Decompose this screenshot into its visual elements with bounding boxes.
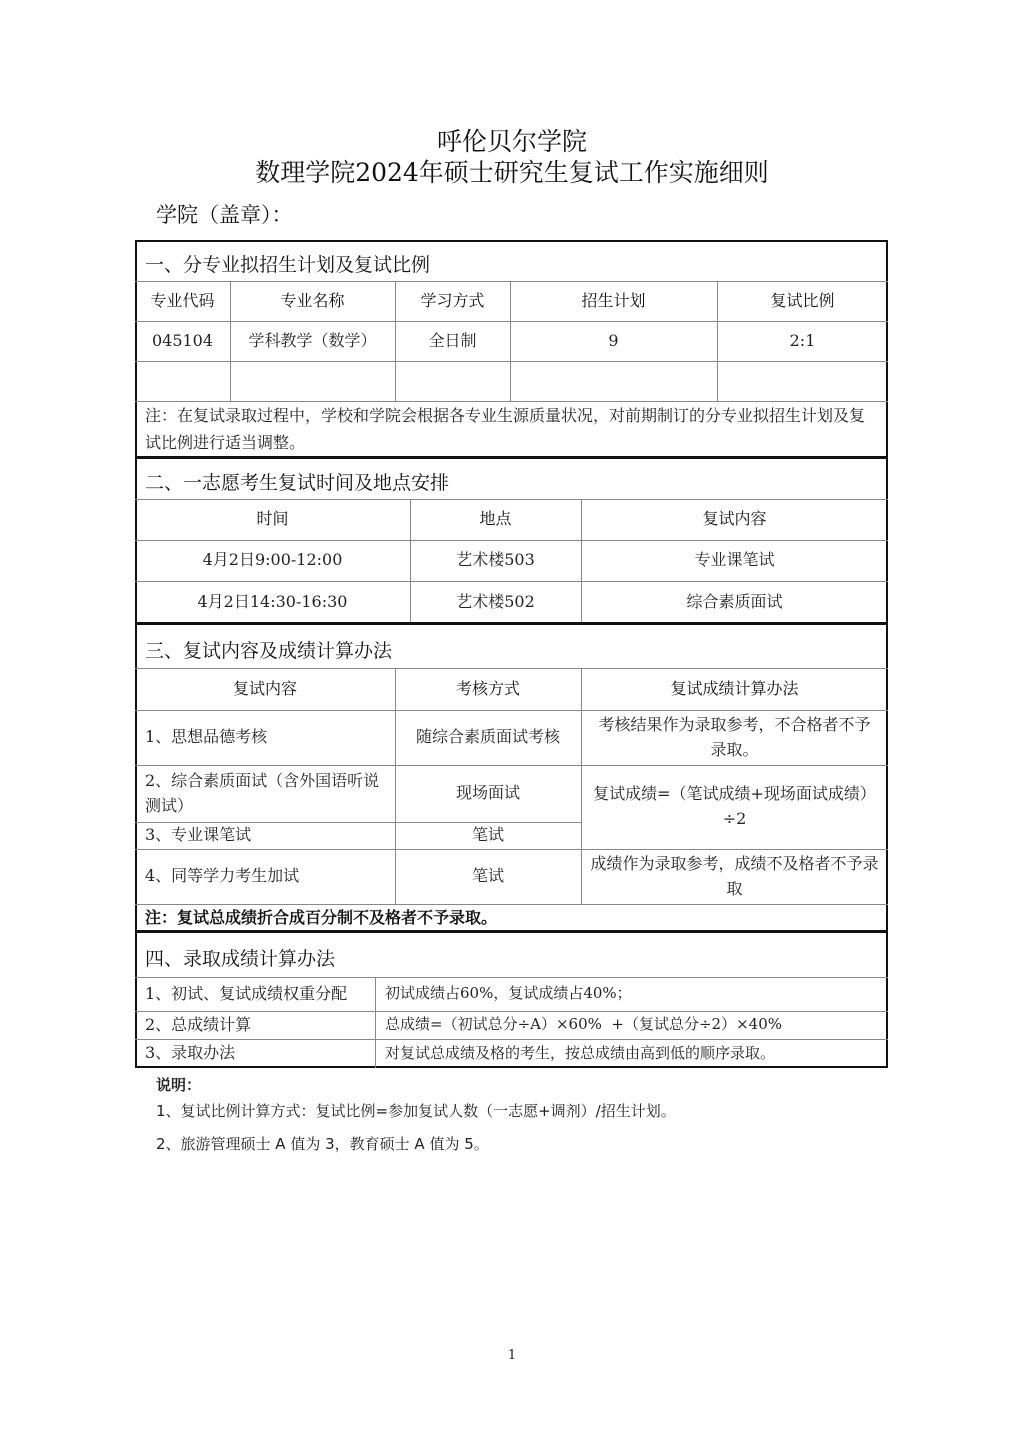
col-header-plan: 招生计划: [510, 281, 717, 321]
method-item: 笔试: [395, 849, 581, 904]
explanation-item: 2、旅游管理硕士 A 值为 3，教育硕士 A 值为 5。: [156, 1133, 489, 1154]
section-1-note: 注：在复试录取过程中，学校和学院会根据各专业生源质量状况，对前期制订的分专业拟招…: [145, 402, 880, 456]
col-header-calc: 复试成绩计算办法: [581, 668, 888, 710]
schedule-time: 4月2日14:30-16:30: [135, 581, 410, 623]
cell-ratio: 2:1: [717, 321, 888, 361]
section-3-note: 注：复试总成绩折合成百分制不及格者不予录取。: [145, 904, 880, 931]
method-item: 随综合素质面试考核: [395, 710, 581, 765]
section-2-heading: 二、一志愿考生复试时间及地点安排: [145, 468, 449, 495]
page-number: 1: [0, 1348, 1024, 1363]
rule-value: 初试成绩占60%，复试成绩占40%；: [375, 977, 888, 1011]
col-header-time: 时间: [135, 499, 410, 540]
cell-plan: 9: [510, 321, 717, 361]
section-1: 一、分专业拟招生计划及复试比例 专业代码 专业名称 学习方式 招生计划 复试比例…: [135, 240, 888, 457]
rule-label: 2、总成绩计算: [135, 1011, 375, 1039]
calc-item: 考核结果作为录取参考，不合格者不予录取。: [581, 710, 888, 765]
calc-item: 成绩作为录取参考，成绩不及格者不予录取: [581, 849, 888, 904]
col-header-content: 复试内容: [135, 668, 395, 710]
section-2: 二、一志愿考生复试时间及地点安排 时间 地点 复试内容 4月2日9:00-12:…: [135, 457, 888, 623]
cell-mode: 全日制: [395, 321, 510, 361]
col-header-ratio: 复试比例: [717, 281, 888, 321]
section-1-heading: 一、分专业拟招生计划及复试比例: [145, 250, 430, 277]
rule-value: 总成绩=（初试总分÷A）×60% +（复试总分÷2）×40%: [375, 1011, 888, 1039]
col-header-mode: 学习方式: [395, 281, 510, 321]
content-item: 1、思想品德考核: [135, 710, 395, 765]
schedule-place: 艺术楼503: [410, 540, 581, 581]
schedule-place: 艺术楼502: [410, 581, 581, 623]
method-item: 现场面试: [395, 765, 581, 822]
method-item: 笔试: [395, 822, 581, 849]
explanation-title: 说明：: [156, 1074, 201, 1095]
section-3-heading: 三、复试内容及成绩计算办法: [145, 636, 392, 663]
schedule-content: 专业课笔试: [581, 540, 888, 581]
col-header-content: 复试内容: [581, 499, 888, 540]
cell-name: 学科教学（数学）: [230, 321, 395, 361]
col-header-name: 专业名称: [230, 281, 395, 321]
college-stamp-label: 学院（盖章）：: [156, 199, 293, 229]
content-item: 2、综合素质面试（含外国语听说测试）: [135, 765, 395, 822]
explanation-item: 1、复试比例计算方式：复试比例=参加复试人数（一志愿+调剂）/招生计划。: [156, 1100, 676, 1121]
section-4-heading: 四、录取成绩计算办法: [145, 944, 335, 971]
rule-label: 1、初试、复试成绩权重分配: [135, 977, 375, 1011]
rule-value: 对复试总成绩及格的考生，按总成绩由高到低的顺序录取。: [375, 1039, 888, 1068]
col-header-code: 专业代码: [135, 281, 230, 321]
schedule-time: 4月2日9:00-12:00: [135, 540, 410, 581]
col-header-place: 地点: [410, 499, 581, 540]
document-title: 数理学院2024年硕士研究生复试工作实施细则: [0, 153, 1024, 189]
calc-item: 复试成绩=（笔试成绩+现场面试成绩）÷2: [581, 765, 888, 849]
content-item: 3、专业课笔试: [135, 822, 395, 849]
content-item: 4、同等学力考生加试: [135, 849, 395, 904]
section-3: 三、复试内容及成绩计算办法 复试内容 考核方式 复试成绩计算办法 1、思想品德考…: [135, 623, 888, 931]
col-header-method: 考核方式: [395, 668, 581, 710]
schedule-content: 综合素质面试: [581, 581, 888, 623]
cell-code: 045104: [135, 321, 230, 361]
rule-label: 3、录取办法: [135, 1039, 375, 1068]
section-4: 四、录取成绩计算办法 1、初试、复试成绩权重分配 初试成绩占60%，复试成绩占4…: [135, 931, 888, 1068]
